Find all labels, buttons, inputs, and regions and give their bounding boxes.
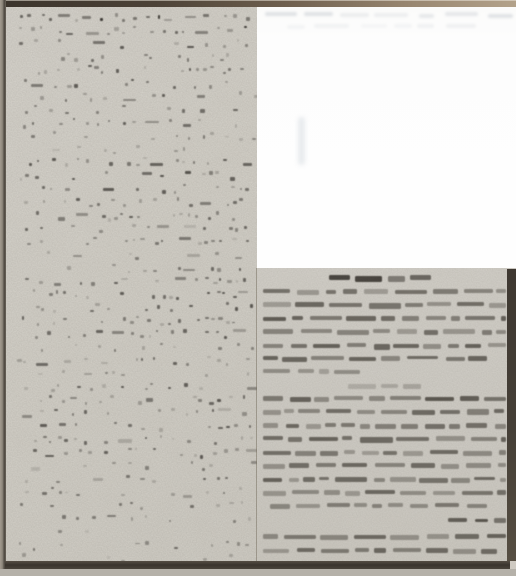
ink-speck <box>188 137 190 140</box>
word-blot <box>396 437 428 441</box>
ink-speck <box>76 494 80 496</box>
ink-speck <box>76 213 88 216</box>
faded-text-line <box>6 78 257 90</box>
word-blot <box>436 436 465 441</box>
ink-speck <box>56 481 60 483</box>
faded-text-line <box>6 210 257 222</box>
ink-speck <box>66 33 73 35</box>
word-blot <box>433 491 455 495</box>
word-blot <box>311 356 344 360</box>
ink-speck <box>131 332 135 334</box>
ink-speck <box>70 397 77 399</box>
ink-speck <box>136 316 138 319</box>
article-text-line <box>257 367 516 377</box>
ink-speck <box>241 436 244 440</box>
ink-speck <box>215 171 219 174</box>
ink-speck <box>90 98 93 102</box>
word-blot <box>465 344 481 348</box>
ink-speck <box>250 304 253 308</box>
ghost-text-remnant <box>265 12 297 16</box>
word-blot <box>263 410 281 415</box>
ink-speck <box>20 15 23 18</box>
word-blot <box>325 423 336 427</box>
ink-speck <box>86 122 89 125</box>
ink-speck <box>171 493 175 496</box>
word-blot <box>501 316 506 320</box>
ink-speck <box>182 31 184 33</box>
word-blot <box>494 518 506 523</box>
ink-speck <box>121 374 125 376</box>
ink-speck <box>161 240 163 242</box>
ink-speck <box>233 329 246 332</box>
ink-speck <box>153 448 156 451</box>
ink-speck <box>223 45 225 48</box>
word-blot <box>263 464 285 469</box>
ink-speck <box>102 215 106 217</box>
top-edge-border <box>0 0 516 7</box>
ink-speck <box>185 171 191 174</box>
ink-speck <box>126 475 130 478</box>
ink-speck <box>145 466 149 470</box>
faded-text-line <box>6 170 257 182</box>
ink-speck <box>89 205 93 207</box>
ink-speck <box>111 199 115 201</box>
ink-speck <box>185 16 196 18</box>
ink-speck <box>158 409 162 412</box>
ink-speck <box>104 451 108 454</box>
ink-speck <box>65 492 68 494</box>
ink-speck <box>58 217 65 220</box>
ink-speck <box>173 346 176 348</box>
ink-speck <box>136 164 140 166</box>
ink-speck <box>104 441 108 444</box>
ink-speck <box>233 201 236 205</box>
ink-speck <box>245 44 248 47</box>
ghost-text-remnant <box>287 25 305 29</box>
word-blot <box>495 424 506 429</box>
ink-speck <box>49 109 53 112</box>
ink-speck <box>208 217 212 220</box>
word-blot <box>410 275 431 281</box>
ink-speck <box>17 359 21 362</box>
ink-speck <box>223 492 225 494</box>
ink-speck <box>181 70 184 72</box>
word-blot <box>347 343 367 347</box>
ink-speck <box>127 162 131 165</box>
ink-speck <box>73 255 82 257</box>
ink-speck <box>35 336 38 339</box>
ink-speck <box>163 30 166 33</box>
ink-speck <box>63 291 66 293</box>
word-blot <box>426 316 446 320</box>
ink-speck <box>227 204 229 206</box>
ink-speck <box>243 395 246 399</box>
ink-speck <box>103 97 107 100</box>
ink-speck <box>200 202 211 205</box>
word-blot <box>263 369 290 374</box>
word-blot <box>263 356 278 360</box>
ink-speck <box>235 257 242 260</box>
ink-speck <box>24 201 28 203</box>
ink-speck <box>59 123 63 125</box>
ink-speck <box>114 282 118 284</box>
ink-speck <box>42 492 46 494</box>
ink-speck <box>219 240 222 242</box>
ink-speck <box>118 439 132 442</box>
ink-speck <box>197 95 205 98</box>
ink-speck <box>75 295 77 297</box>
word-blot <box>354 503 366 507</box>
bottom-margin-strip <box>0 569 516 576</box>
ink-speck <box>239 198 243 200</box>
ink-speck <box>198 119 200 122</box>
word-blot <box>316 463 337 467</box>
word-blot <box>467 409 489 414</box>
ink-speck <box>232 322 235 324</box>
ink-speck <box>188 213 191 216</box>
word-blot <box>498 463 506 467</box>
word-blot <box>489 303 506 308</box>
ink-speck <box>195 31 208 33</box>
ink-speck <box>40 227 42 230</box>
ink-speck <box>248 517 251 521</box>
scanned-document-page <box>0 0 516 576</box>
ink-speck <box>120 292 124 295</box>
ink-speck <box>112 331 124 334</box>
word-blot <box>369 396 385 401</box>
word-blot <box>320 451 338 456</box>
word-blot <box>346 316 375 321</box>
word-blot <box>263 423 278 428</box>
ink-speck <box>146 81 148 83</box>
ink-speck <box>61 57 65 60</box>
ink-speck <box>122 19 125 22</box>
ink-speck <box>235 228 238 232</box>
ink-speck <box>205 374 208 376</box>
ink-speck <box>58 530 62 533</box>
ink-speck <box>20 178 22 181</box>
ink-speck <box>179 213 183 216</box>
ink-speck <box>207 162 209 165</box>
ink-speck <box>217 291 221 294</box>
article-text-line <box>257 287 516 297</box>
ink-speck <box>157 305 160 309</box>
ink-speck <box>102 384 106 388</box>
ink-speck <box>152 94 156 97</box>
ink-speck <box>176 159 179 162</box>
ink-speck <box>22 316 25 319</box>
word-blot <box>337 330 369 335</box>
ink-speck <box>202 173 206 175</box>
article-text-line <box>257 488 516 498</box>
ink-speck <box>177 197 179 201</box>
article-text-line <box>257 461 516 471</box>
word-blot <box>455 534 479 538</box>
word-blot <box>471 437 497 441</box>
word-blot <box>345 491 360 495</box>
ink-speck <box>77 158 80 160</box>
ink-speck <box>158 15 160 19</box>
ink-speck <box>31 84 43 87</box>
ink-speck <box>59 31 62 34</box>
ink-speck <box>144 54 148 56</box>
ink-speck <box>194 454 197 458</box>
ink-speck <box>202 468 205 471</box>
word-blot <box>374 548 386 553</box>
word-blot <box>441 464 460 469</box>
ink-speck <box>189 204 193 207</box>
left-column-page <box>6 7 257 561</box>
word-blot <box>397 329 417 334</box>
ink-speck <box>209 402 213 405</box>
word-blot <box>329 303 362 308</box>
word-blot <box>465 316 496 320</box>
ink-speck <box>107 556 110 559</box>
ghost-text-remnant <box>374 13 408 17</box>
ink-speck <box>38 72 41 76</box>
word-blot <box>466 423 487 427</box>
ink-speck <box>218 317 222 320</box>
ink-speck <box>90 388 93 391</box>
ink-speck <box>27 14 31 17</box>
word-blot <box>282 357 307 362</box>
ghost-text-remnant <box>304 12 333 16</box>
ink-speck <box>93 237 96 239</box>
ink-speck <box>31 27 35 31</box>
ink-speck <box>105 372 108 374</box>
ink-speck <box>245 188 248 191</box>
word-blot <box>329 275 350 281</box>
faded-text-line <box>6 434 257 446</box>
ink-speck <box>220 59 224 61</box>
ink-speck <box>140 238 144 240</box>
faded-text-line <box>6 395 257 407</box>
article-text-line <box>257 475 516 485</box>
word-blot <box>263 329 293 334</box>
word-blot <box>263 534 278 539</box>
ink-speck <box>94 66 98 69</box>
ink-speck <box>31 467 40 470</box>
ink-speck <box>233 296 236 298</box>
ink-speck <box>199 387 203 390</box>
word-blot <box>497 490 506 495</box>
ink-speck <box>149 335 151 337</box>
article-text-line <box>257 300 516 310</box>
ink-speck <box>214 442 217 445</box>
ink-speck <box>74 84 77 87</box>
word-blot <box>405 303 423 307</box>
ink-speck <box>144 66 146 69</box>
ink-speck <box>209 85 211 89</box>
ink-speck <box>91 59 93 62</box>
ink-speck <box>65 99 68 102</box>
word-blot <box>401 424 417 429</box>
word-blot <box>263 491 286 496</box>
ink-speck <box>176 135 179 137</box>
word-blot <box>298 409 320 413</box>
ink-speck <box>23 361 26 364</box>
ink-speck <box>114 422 117 424</box>
article-text-line <box>257 407 516 417</box>
ink-speck <box>182 109 186 113</box>
word-blot <box>306 424 320 429</box>
ink-speck <box>136 145 140 149</box>
word-blot <box>289 463 309 468</box>
ink-speck <box>65 112 69 114</box>
word-blot <box>435 503 459 507</box>
scan-smudge <box>298 117 305 165</box>
ink-speck <box>229 396 232 398</box>
ink-speck <box>218 347 221 350</box>
ink-speck <box>92 516 96 518</box>
ink-speck <box>172 438 174 440</box>
article-text-line <box>257 394 516 404</box>
ink-speck <box>86 32 99 35</box>
ink-speck <box>84 373 92 375</box>
ink-speck <box>83 93 87 95</box>
ghost-text-remnant <box>314 24 349 28</box>
ink-speck <box>211 318 215 320</box>
ink-speck <box>85 530 88 534</box>
ink-speck <box>160 175 164 177</box>
faded-text-line <box>6 382 257 394</box>
faded-text-line <box>6 131 257 143</box>
word-blot <box>462 491 493 495</box>
ink-speck <box>77 146 81 149</box>
ink-speck <box>164 19 172 21</box>
ink-speck <box>189 305 193 307</box>
ink-speck <box>19 42 23 45</box>
ink-speck <box>88 451 92 454</box>
ink-speck <box>243 163 252 166</box>
faded-text-line <box>6 276 257 288</box>
word-blot <box>393 548 421 552</box>
ink-speck <box>145 309 148 311</box>
ink-speck <box>22 553 25 556</box>
ink-speck <box>168 323 171 325</box>
ink-speck <box>237 542 240 545</box>
faded-text-line <box>6 236 257 248</box>
ink-speck <box>53 322 56 326</box>
ink-speck <box>141 428 145 430</box>
ink-speck <box>36 306 40 308</box>
ink-speck <box>170 309 173 312</box>
ink-speck <box>183 269 195 271</box>
ink-speck <box>133 26 136 29</box>
ink-speck <box>52 149 60 151</box>
ink-speck <box>63 318 67 320</box>
word-blot <box>388 276 405 282</box>
ink-speck <box>121 278 127 280</box>
ink-speck <box>116 69 119 73</box>
word-blot <box>263 302 291 307</box>
ink-speck <box>229 502 233 504</box>
ink-speck <box>211 267 215 270</box>
word-blot <box>263 344 283 348</box>
word-blot <box>326 290 336 294</box>
ink-speck <box>233 14 237 17</box>
ink-speck <box>160 435 163 438</box>
article-text-line <box>257 532 516 542</box>
word-blot <box>449 424 459 428</box>
ink-speck <box>77 386 81 389</box>
ink-speck <box>240 188 242 190</box>
word-blot <box>475 519 489 523</box>
ink-speck <box>84 410 87 413</box>
ink-speck <box>180 454 183 456</box>
ink-speck <box>140 507 143 510</box>
ink-speck <box>205 43 207 47</box>
word-blot <box>373 329 390 333</box>
ink-speck <box>145 541 149 544</box>
ink-speck <box>80 282 82 285</box>
ink-speck <box>252 138 256 141</box>
word-blot <box>460 396 479 400</box>
ink-speck <box>147 319 151 322</box>
ink-speck <box>71 225 75 227</box>
article-text-line <box>257 327 516 337</box>
ink-speck <box>41 308 44 311</box>
ink-speck <box>212 54 214 57</box>
ink-speck <box>211 240 215 242</box>
word-blot <box>288 437 302 441</box>
ink-speck <box>25 278 29 280</box>
ghost-text-remnant <box>419 14 434 18</box>
word-blot <box>451 478 470 482</box>
ink-speck <box>200 109 204 112</box>
ink-speck <box>59 491 62 493</box>
ink-speck <box>120 213 124 215</box>
ink-speck <box>125 83 127 86</box>
ink-speck <box>226 363 228 366</box>
word-blot <box>263 549 289 553</box>
ink-speck <box>64 439 68 442</box>
ink-speck <box>228 68 231 71</box>
ink-speck <box>160 343 163 345</box>
ink-speck <box>155 280 159 282</box>
ink-speck <box>223 72 226 74</box>
article-text-line <box>257 421 516 431</box>
ink-speck <box>49 441 51 443</box>
word-blot <box>457 302 484 306</box>
word-blot <box>286 424 299 428</box>
ink-speck <box>72 413 74 416</box>
ink-speck <box>211 544 213 548</box>
ink-speck <box>54 86 57 88</box>
ink-speck <box>152 295 155 298</box>
ink-speck <box>121 494 125 496</box>
ink-speck <box>141 358 143 360</box>
word-blot <box>295 302 324 307</box>
ink-speck <box>150 31 154 33</box>
word-blot <box>402 316 419 320</box>
word-blot <box>335 477 366 482</box>
word-blot <box>403 384 421 389</box>
word-blot <box>474 477 496 481</box>
word-blot <box>494 409 504 414</box>
ink-speck <box>217 268 221 272</box>
ink-speck <box>206 491 210 494</box>
ink-speck <box>156 330 158 332</box>
ink-speck <box>173 214 175 217</box>
ink-speck <box>54 283 61 286</box>
word-blot <box>295 451 316 456</box>
ink-speck <box>128 448 132 450</box>
ink-speck <box>151 138 155 140</box>
ink-speck <box>246 358 250 360</box>
ink-speck <box>145 121 159 123</box>
ink-speck <box>230 177 234 180</box>
